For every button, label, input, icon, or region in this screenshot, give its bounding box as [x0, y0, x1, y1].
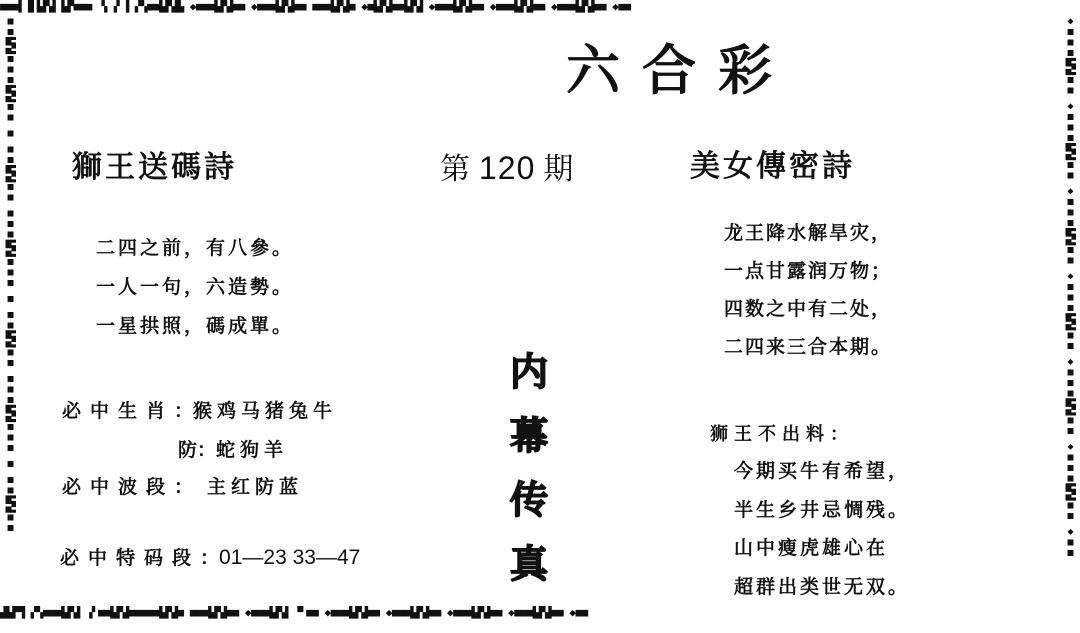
poem-line: 一星拱照，碼成單。 [96, 307, 294, 346]
lion-king-poem: 二四之前，有八參。 一人一句，六造勢。 一星拱照，碼成單。 [96, 229, 294, 346]
issue-number-value: 120 [479, 150, 535, 186]
poem-line: 二四来三合本期。 [724, 328, 892, 366]
zodiac-separator: ： [174, 400, 193, 422]
vertical-char: 真 [504, 532, 554, 596]
wave-separator: ： [174, 476, 193, 498]
guard-prediction: 防：蛇狗羊 [178, 435, 288, 462]
range-label: 必中特码段 [60, 547, 200, 569]
poem-line: 一点甘露润万物； [724, 252, 892, 290]
lion-king-poem-title: 獅王送碼詩 [72, 148, 237, 188]
zodiac-value: 猴鸡马猪兔牛 [193, 400, 337, 422]
brand-title: 六合彩 [566, 40, 826, 102]
guard-label: 防 [178, 439, 197, 461]
vertical-char: 幕 [504, 404, 554, 468]
guard-value: 蛇狗羊 [216, 439, 288, 461]
zodiac-prediction: 必中生肖：猴鸡马猪兔牛 [62, 396, 337, 423]
top-border-pattern: ■■■▌▐▌▙▛▟ ▙▛■■■ ▝▖▗▘▐ ▞▚■■▙▛▟▙ ◆■■■▙▛▟■■… [0, 0, 1080, 14]
poem-line: 四数之中有二处， [724, 290, 892, 328]
range-value: 01—23 33—47 [219, 546, 360, 569]
right-border-pattern: ◆■■■▙▛▟■■ ◆■■■▙▛▟■■ ◆■■■▙▛▟■■ ◆■■■▙▛▟■■ … [1062, 16, 1076, 610]
issue-prefix: 第 [440, 152, 471, 187]
guard-separator: ： [197, 439, 216, 461]
vertical-char: 内 [504, 340, 554, 404]
poem-line: 二四之前，有八參。 [96, 229, 294, 268]
poem-line: 龙王降水解旱灾， [724, 214, 892, 252]
left-border-pattern: ■■▙▛▟■■■▙▛▟■■ ■ ■■▙▛▟■■ ■■■▙▛▟■■■ ■ ■■▙▛… [2, 16, 16, 610]
poem-line: 一人一句，六造勢。 [96, 268, 294, 307]
issue-suffix: 期 [543, 152, 574, 187]
special-number-range: 必中特码段：01—23 33—47 [60, 543, 360, 570]
lion-king-riddle-poem: 今期买牛有希望， 半生乡井忌惆残。 山中瘦虎雄心在 超群出类世无双。 [734, 452, 910, 606]
issue-number: 第120期 [440, 148, 574, 190]
lion-king-subtitle: 狮王不出料： [710, 420, 854, 446]
wave-label: 必中波段 [62, 476, 174, 498]
range-separator: ： [200, 547, 219, 569]
wave-value: 主红防蓝 [207, 476, 303, 498]
beauty-secret-poem: 龙王降水解旱灾， 一点甘露润万物； 四数之中有二处， 二四来三合本期。 [724, 214, 892, 366]
inside-fax-vertical-title: 内 幕 传 真 [504, 340, 554, 596]
vertical-char: 传 [504, 468, 554, 532]
zodiac-label: 必中生肖 [62, 400, 174, 422]
poem-line: 今期买牛有希望， [734, 452, 910, 491]
poem-line: 山中瘦虎雄心在 [734, 529, 910, 568]
beauty-secret-poem-title: 美女傳密詩 [690, 147, 855, 187]
bottom-border-pattern: ▟▙▛▜ ▞▚■■■▙▛▟ ▗▘■■▙▛▟■■■■■▙▛▟■ ■■■▙▛▟■■ … [0, 606, 1080, 622]
poem-line: 超群出类世无双。 [734, 568, 910, 607]
poem-line: 半生乡井忌惆残。 [734, 491, 910, 530]
wave-prediction: 必中波段：主红防蓝 [62, 472, 303, 499]
